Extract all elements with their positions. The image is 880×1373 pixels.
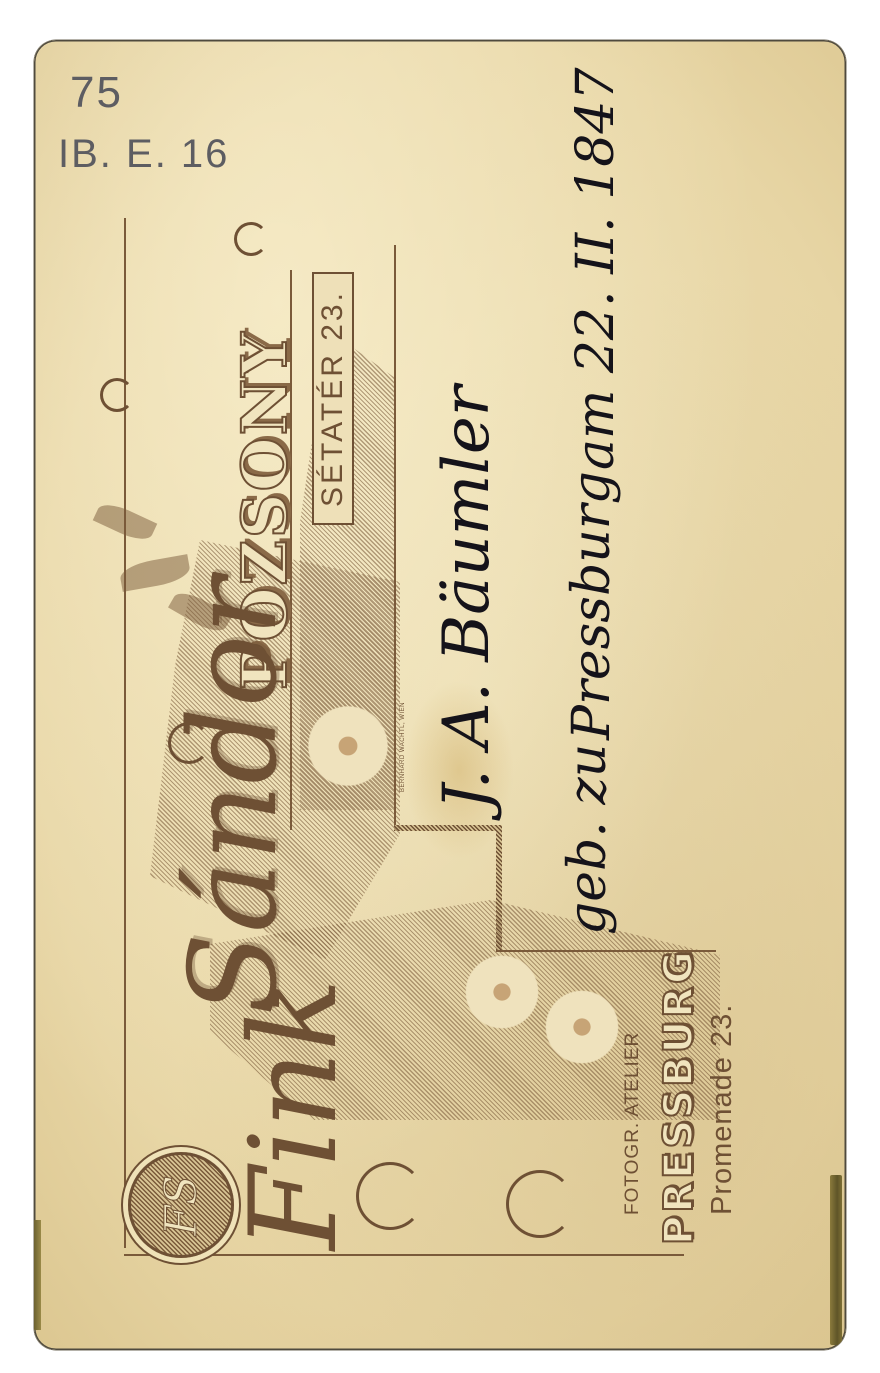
handwritten-name: J. A. Bäumler (430, 386, 504, 810)
scroll-flourish-5 (356, 1162, 424, 1230)
frame-line-step (394, 825, 502, 831)
frame-line-bottom (124, 1254, 684, 1256)
frame-line-left (124, 218, 126, 1248)
scroll-flourish-1 (100, 378, 134, 412)
handwritten-birth-prefix: geb. zu (558, 744, 618, 935)
scroll-flourish-2 (234, 222, 268, 256)
flower-2 (460, 950, 544, 1034)
studio-label: FOTOGR. ATELIER (622, 1032, 644, 1215)
address-hungarian: SÉTATÉR 23. (312, 272, 354, 525)
monogram-letters: FS (155, 1175, 206, 1236)
handwritten-birth-place: Pressburg (562, 471, 622, 740)
address-german: Promenade 23. (706, 1004, 739, 1215)
printer-credit: BERNHARD WACHTL, WIEN (400, 702, 406, 792)
scroll-flourish-4 (506, 1170, 574, 1238)
edge-wear-left (34, 1220, 41, 1330)
edge-wear-right (830, 1175, 842, 1345)
studio-first-name: Sándor (165, 578, 304, 1015)
studio-surname: Fink (225, 978, 364, 1250)
flower-1 (302, 700, 394, 792)
monogram-emblem: FS (128, 1152, 234, 1258)
pencil-number: 75 (70, 68, 123, 118)
pencil-catalog-code: IB. E. 16 (58, 132, 229, 177)
handwritten-birth-date: am 22. II. 1847 (566, 67, 626, 470)
flower-3 (540, 985, 624, 1069)
city-german: PRESSBURG (656, 948, 702, 1245)
